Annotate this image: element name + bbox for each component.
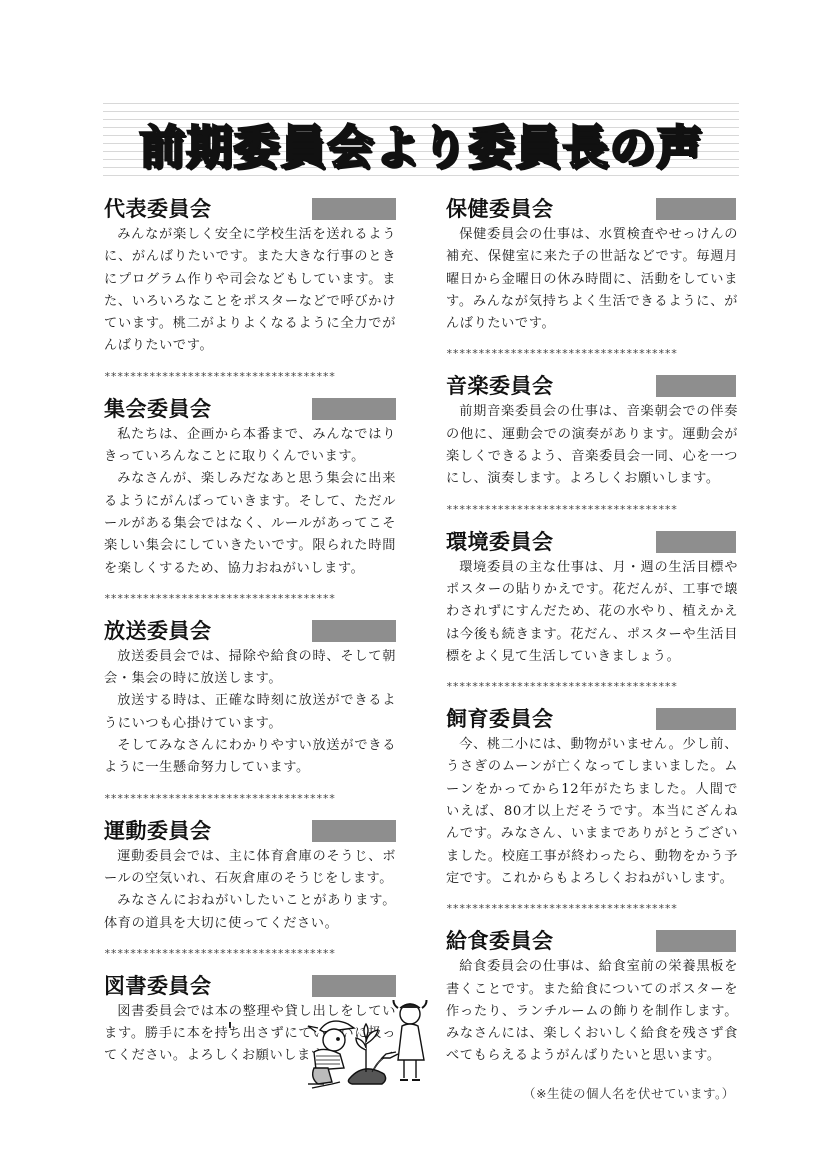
section-text: 環境委員の主な仕事は、月・週の生活目標やポスターの貼りかえです。花だんが、工事で… [446,557,738,668]
separator: ************************************ [104,592,396,606]
section-hoso: 放送委員会 放送委員会では、掃除や給食の時、そして朝会・集会の時に放送します。 … [104,616,396,806]
separator: ************************************ [446,347,738,361]
section-text: みなさんが、楽しみだなあと思う集会に出来るようにがんばっていきます。そして、ただ… [104,468,396,579]
section-text: 私たちは、企画から本番まで、みんなではりきっていろんなことに取りくんでいます。 [104,424,396,469]
separator: ************************************ [446,503,738,517]
section-text: 保健委員会の仕事は、水質検査やせっけんの補充、保健室に来た子の世話などです。毎週… [446,224,738,335]
section-text: 今、桃二小には、動物がいません。少し前、うさぎのムーンが亡くなってしまいました。… [446,734,738,890]
right-column: 保健委員会 保健委員会の仕事は、水質検査やせっけんの補充、保健室に来た子の世話な… [446,194,738,1068]
stray-mark [229,1022,231,1028]
section-kyushoku: 給食委員会 給食委員会の仕事は、給食室前の栄養黒板を書くことです。また給食につい… [446,926,738,1067]
page-title: 前期委員会より委員長の声 [103,111,739,177]
separator: ************************************ [104,792,396,806]
left-column: 代表委員会 みんなが楽しく安全に学校生活を送れるように、がんばりたいです。また大… [104,194,396,1068]
redacted-name-box [312,820,396,842]
redacted-name-box [656,198,736,220]
section-text: そしてみなさんにわかりやすい放送ができるように一生懸命努力しています。 [104,735,396,780]
children-planting-illustration [298,1000,448,1092]
section-text: 放送する時は、正確な時刻に放送ができるようにいつも心掛けています。 [104,690,396,735]
redacted-name-box [656,930,736,952]
redacted-name-box [656,708,736,730]
section-text: みんなが楽しく安全に学校生活を送れるように、がんばりたいです。また大きな行事のと… [104,224,396,358]
privacy-note: （※生徒の個人名を伏せています。） [523,1084,735,1102]
section-text: 給食委員会の仕事は、給食室前の栄養黒板を書くことです。また給食についてのポスター… [446,956,738,1067]
section-daihyo: 代表委員会 みんなが楽しく安全に学校生活を送れるように、がんばりたいです。また大… [104,194,396,384]
section-text: みなさんにおねがいしたいことがあります。体育の道具を大切に使ってください。 [104,890,396,935]
separator: ************************************ [446,680,738,694]
section-text: 前期音楽委員会の仕事は、音楽朝会での伴奏の他に、運動会での演奏があります。運動会… [446,401,738,490]
section-text: 放送委員会では、掃除や給食の時、そして朝会・集会の時に放送します。 [104,646,396,691]
section-ongaku: 音楽委員会 前期音楽委員会の仕事は、音楽朝会での伴奏の他に、運動会での演奏があり… [446,371,738,516]
redacted-name-box [656,531,736,553]
section-shukai: 集会委員会 私たちは、企画から本番まで、みんなではりきっていろんなことに取りくん… [104,394,396,606]
section-shiiku: 飼育委員会 今、桃二小には、動物がいません。少し前、うさぎのムーンが亡くなってし… [446,704,738,916]
redacted-name-box [312,198,396,220]
section-hoken: 保健委員会 保健委員会の仕事は、水質検査やせっけんの補充、保健室に来た子の世話な… [446,194,738,361]
separator: ************************************ [104,370,396,384]
separator: ************************************ [104,947,396,961]
separator: ************************************ [446,902,738,916]
redacted-name-box [312,398,396,420]
section-kankyo: 環境委員会 環境委員の主な仕事は、月・週の生活目標やポスターの貼りかえです。花だ… [446,527,738,694]
section-undo: 運動委員会 運動委員会では、主に体育倉庫のそうじ、ボールの空気いれ、石灰倉庫のそ… [104,816,396,961]
redacted-name-box [312,620,396,642]
redacted-name-box [656,375,736,397]
title-banner: 前期委員会より委員長の声 [103,99,739,179]
section-text: 運動委員会では、主に体育倉庫のそうじ、ボールの空気いれ、石灰倉庫のそうじをします… [104,846,396,891]
redacted-name-box [312,975,396,997]
